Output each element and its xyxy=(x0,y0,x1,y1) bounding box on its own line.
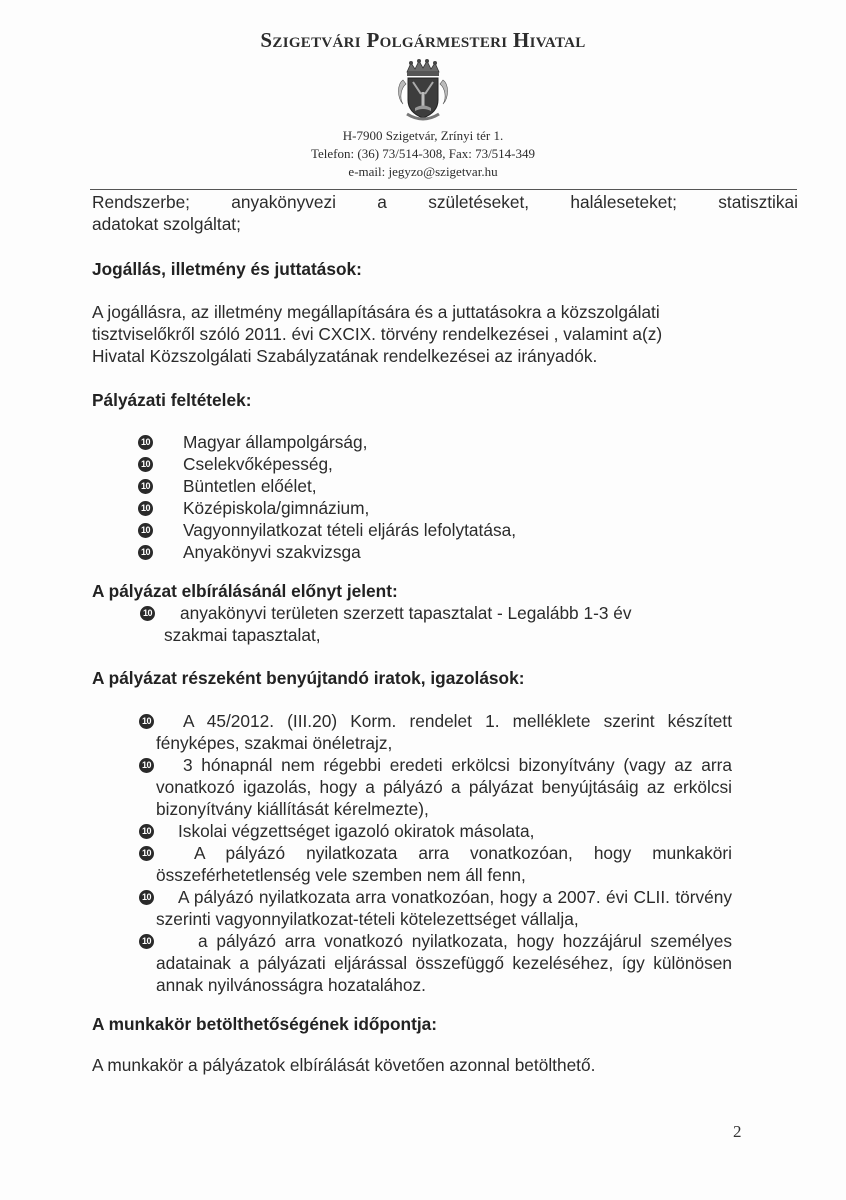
documents-heading: A pályázat részeként benyújtandó iratok,… xyxy=(92,667,798,689)
circled-ten-icon: 10 xyxy=(139,714,154,729)
list-item: 10Anyakönyvi szakvizsga xyxy=(92,541,798,563)
advantage-list: 10 anyakönyvi területen szerzett tapaszt… xyxy=(92,602,798,646)
org-name: Szigetvári Polgármesteri Hivatal xyxy=(0,28,846,53)
circled-ten-icon: 10 xyxy=(138,545,153,560)
intro-line-2: adatokat szolgáltat; xyxy=(92,213,798,235)
legal-status-heading: Jogállás, illetmény és juttatások: xyxy=(92,258,798,280)
circled-ten-icon: 10 xyxy=(139,846,154,861)
list-item: 10Magyar állampolgárság, xyxy=(92,431,798,453)
circled-ten-icon: 10 xyxy=(139,758,154,773)
list-item: 10a pályázó arra vonatkozó nyilatkozata,… xyxy=(92,930,732,996)
circled-ten-icon: 10 xyxy=(140,606,155,621)
conditions-heading: Pályázati feltételek: xyxy=(92,389,798,411)
documents-list: 10A 45/2012. (III.20) Korm. rendelet 1. … xyxy=(92,710,732,996)
document-body: Rendszerbe; anyakönyvezi a születéseket,… xyxy=(92,191,798,1076)
list-item: 10Középiskola/gimnázium, xyxy=(92,497,798,519)
list-item: 10Büntetlen előélet, xyxy=(92,475,798,497)
list-item: 10A pályázó nyilatkozata arra vonatkozóa… xyxy=(92,842,732,886)
list-item: 10Vagyonnyilatkozat tételi eljárás lefol… xyxy=(92,519,798,541)
header-divider xyxy=(90,189,797,190)
circled-ten-icon: 10 xyxy=(138,479,153,494)
list-item: 103 hónapnál nem régebbi eredeti erkölcs… xyxy=(92,754,732,820)
start-date-heading: A munkakör betölthetőségének időpontja: xyxy=(92,1013,798,1035)
circled-ten-icon: 10 xyxy=(139,824,154,839)
email: e-mail: jegyzo@szigetvar.hu xyxy=(0,164,846,180)
circled-ten-icon: 10 xyxy=(139,934,154,949)
advantage-heading: A pályázat elbírálásánál előnyt jelent: xyxy=(92,580,798,602)
document-page: Szigetvári Polgármesteri Hivatal H-7900 … xyxy=(0,0,846,1200)
phone-fax: Telefon: (36) 73/514-308, Fax: 73/514-34… xyxy=(0,146,846,162)
conditions-list: 10Magyar állampolgárság, 10Cselekvőképes… xyxy=(92,431,798,563)
circled-ten-icon: 10 xyxy=(138,523,153,538)
legal-status-line: A jogállásra, az illetmény megállapításá… xyxy=(92,301,798,323)
circled-ten-icon: 10 xyxy=(138,501,153,516)
list-item: 10Iskolai végzettséget igazoló okiratok … xyxy=(92,820,732,842)
start-date-text: A munkakör a pályázatok elbírálását köve… xyxy=(92,1054,798,1076)
letterhead: Szigetvári Polgármesteri Hivatal H-7900 … xyxy=(0,28,846,180)
list-item: 10 anyakönyvi területen szerzett tapaszt… xyxy=(92,602,798,624)
address: H-7900 Szigetvár, Zrínyi tér 1. xyxy=(0,128,846,144)
legal-status-line: Hivatal Közszolgálati Szabályzatának ren… xyxy=(92,345,798,367)
circled-ten-icon: 10 xyxy=(138,457,153,472)
intro-line-1: Rendszerbe; anyakönyvezi a születéseket,… xyxy=(92,191,798,213)
list-item: 10A 45/2012. (III.20) Korm. rendelet 1. … xyxy=(92,710,732,754)
list-item: 10A pályázó nyilatkozata arra vonatkozóa… xyxy=(92,886,732,930)
circled-ten-icon: 10 xyxy=(139,890,154,905)
list-item: 10Cselekvőképesség, xyxy=(92,453,798,475)
circled-ten-icon: 10 xyxy=(138,435,153,450)
list-item-continuation: szakmai tapasztalat, xyxy=(92,624,798,646)
legal-status-text: A jogállásra, az illetmény megállapításá… xyxy=(92,301,798,367)
legal-status-line: tisztviselőkről szóló 2011. évi CXCIX. t… xyxy=(92,323,798,345)
page-number: 2 xyxy=(733,1122,742,1142)
coat-of-arms-icon xyxy=(393,58,453,126)
